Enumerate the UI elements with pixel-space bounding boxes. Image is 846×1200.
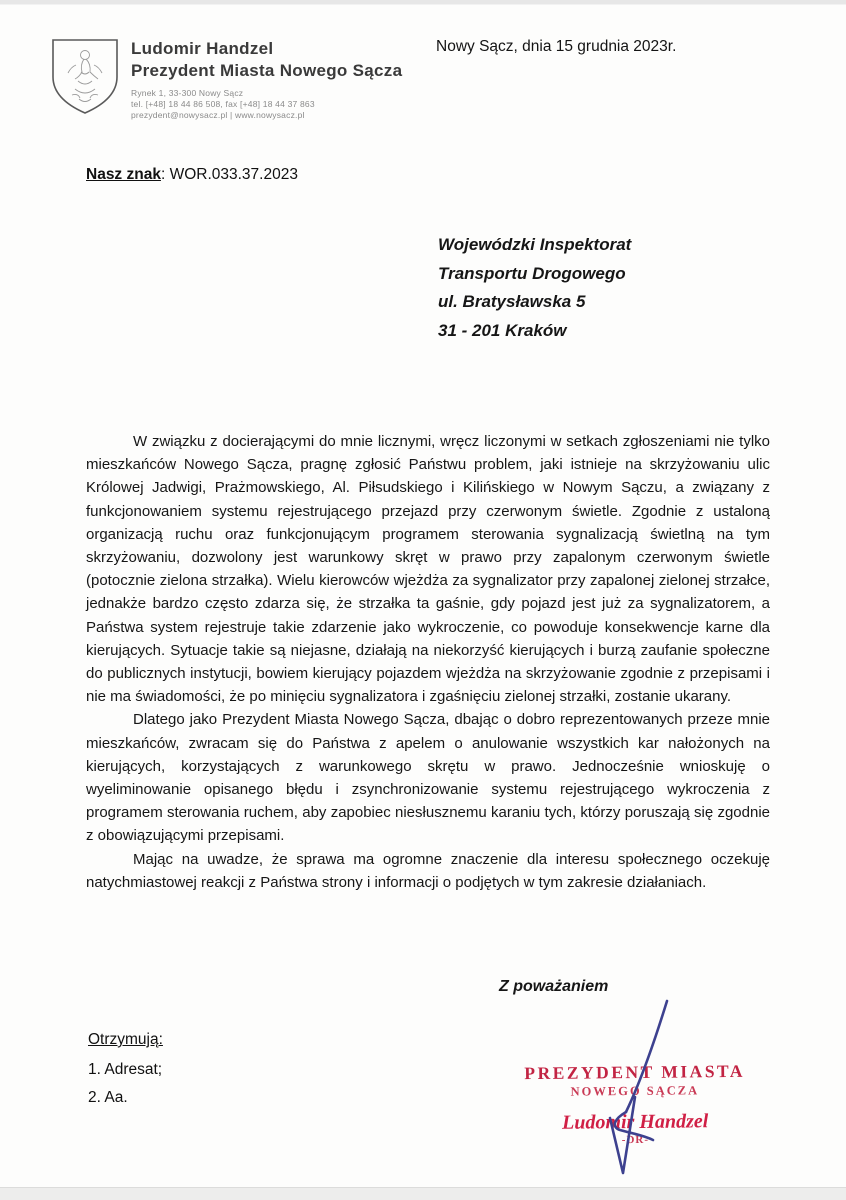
addressee-line: 31 - 201 Kraków bbox=[438, 317, 631, 346]
nowy-sacz-coat-of-arms-icon bbox=[48, 37, 122, 117]
distribution-label: Otrzymują: bbox=[88, 1028, 163, 1052]
sender-block: Ludomir Handzel Prezydent Miasta Nowego … bbox=[131, 38, 402, 121]
dateline: Nowy Sącz, dnia 15 grudnia 2023r. bbox=[436, 38, 676, 56]
distribution-item: 2. Aa. bbox=[88, 1086, 163, 1110]
addressee-line: Transportu Drogowego bbox=[438, 260, 631, 289]
body-paragraph: Mając na uwadze, że sprawa ma ogromne zn… bbox=[86, 848, 770, 894]
addressee-line: Wojewódzki Inspektorat bbox=[438, 231, 631, 260]
letter-body: W związku z docierającymi do mnie liczny… bbox=[86, 430, 770, 894]
sender-phone: tel. [+48] 18 44 86 508, fax [+48] 18 44… bbox=[131, 99, 402, 110]
body-paragraph: W związku z docierającymi do mnie liczny… bbox=[86, 430, 770, 708]
sender-web: prezydent@nowysacz.pl | www.nowysacz.pl bbox=[131, 110, 402, 121]
addressee-block: Wojewódzki Inspektorat Transportu Drogow… bbox=[438, 231, 631, 345]
scan-edge-top bbox=[0, 0, 846, 5]
sender-contact: Rynek 1, 33-300 Nowy Sącz tel. [+48] 18 … bbox=[131, 88, 402, 121]
distribution-list: Otrzymują: 1. Adresat; 2. Aa. bbox=[88, 1028, 163, 1110]
reference-label: Nasz znak bbox=[86, 166, 161, 183]
letter-page: Ludomir Handzel Prezydent Miasta Nowego … bbox=[0, 0, 846, 1200]
handwritten-signature bbox=[580, 985, 690, 1185]
sender-name: Ludomir Handzel bbox=[131, 38, 402, 60]
body-paragraph: Dlatego jako Prezydent Miasta Nowego Sąc… bbox=[86, 708, 770, 847]
reference-line: Nasz znak: WOR.033.37.2023 bbox=[86, 166, 298, 184]
sender-title: Prezydent Miasta Nowego Sącza bbox=[131, 60, 402, 82]
scan-edge-bottom bbox=[0, 1187, 846, 1200]
reference-value: : WOR.033.37.2023 bbox=[161, 166, 298, 183]
sender-address: Rynek 1, 33-300 Nowy Sącz bbox=[131, 88, 402, 99]
addressee-line: ul. Bratysławska 5 bbox=[438, 288, 631, 317]
distribution-item: 1. Adresat; bbox=[88, 1058, 163, 1082]
